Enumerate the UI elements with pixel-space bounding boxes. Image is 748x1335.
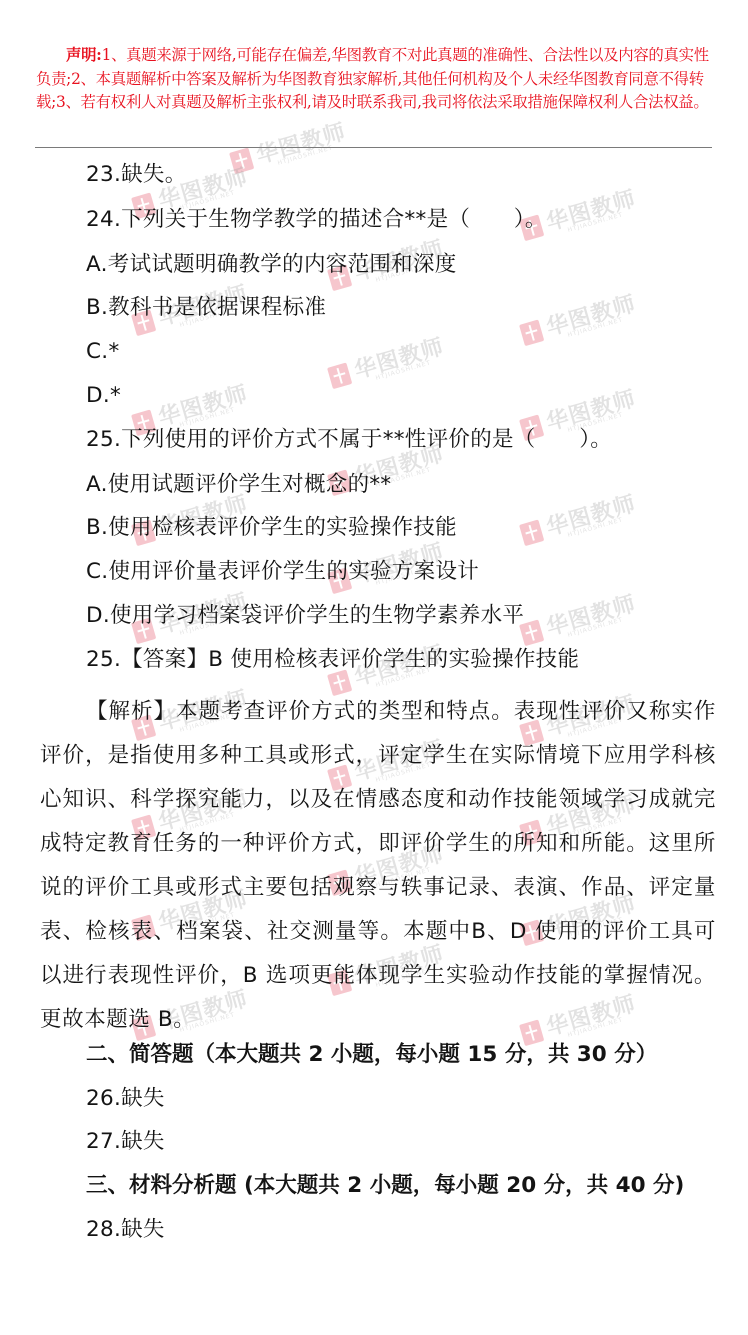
section-heading-material-analysis: 三、材料分析题 (本大题共 2 小题，每小题 20 分，共 40 分) — [86, 1171, 684, 1201]
question-26: 26.缺失 — [86, 1084, 165, 1114]
watermark: 华图教师HTJIAOSHI.NET — [517, 284, 643, 356]
header-divider — [35, 147, 712, 148]
question-23: 23.缺失。 — [86, 160, 187, 190]
section-heading-short-answer: 二、简答题（本大题共 2 小题，每小题 15 分，共 30 分） — [86, 1040, 657, 1070]
question-25-analysis: 【解析】本题考查评价方式的类型和特点。表现性评价又称实作评价，是指使用多种工具或… — [40, 690, 716, 1042]
question-24-option-d: D.* — [86, 381, 121, 411]
watermark: 华图教师HTJIAOSHI.NET — [227, 112, 353, 184]
question-25-option-d: D.使用学习档案袋评价学生的生物学素养水平 — [86, 601, 524, 631]
disclaimer: 声明:1、真题来源于网络,可能存在偏差,华图教育不对此真题的准确性、合法性以及内… — [36, 44, 712, 115]
question-24-option-a: A.考试试题明确教学的内容范围和深度 — [86, 250, 457, 280]
disclaimer-text: 1、真题来源于网络,可能存在偏差,华图教育不对此真题的准确性、合法性以及内容的真… — [36, 46, 709, 111]
question-24-option-c: C.* — [86, 337, 120, 367]
disclaimer-lead: 声明: — [66, 46, 102, 64]
exam-page: 华图教师HTJIAOSHI.NET 华图教师HTJIAOSHI.NET 华图教师… — [0, 0, 748, 1335]
question-28: 28.缺失 — [86, 1215, 165, 1245]
question-24-option-b: B.教科书是依据课程标准 — [86, 293, 326, 323]
question-25-option-c: C.使用评价量表评价学生的实验方案设计 — [86, 557, 479, 587]
watermark-logo-icon — [327, 362, 352, 389]
question-24-stem: 24.下列关于生物学教学的描述合**是（ ）。 — [86, 205, 547, 235]
question-25-stem: 25.下列使用的评价方式不属于**性评价的是（ ）。 — [86, 425, 612, 455]
watermark-logo-icon — [229, 147, 254, 174]
watermark: 华图教师HTJIAOSHI.NET — [325, 327, 451, 399]
watermark-logo-icon — [519, 519, 544, 546]
watermark-logo-icon — [519, 319, 544, 346]
question-25-option-a: A.使用试题评价学生对概念的** — [86, 470, 391, 500]
question-27: 27.缺失 — [86, 1127, 165, 1157]
question-25-answer: 25.【答案】B 使用检核表评价学生的实验操作技能 — [86, 645, 579, 675]
watermark: 华图教师HTJIAOSHI.NET — [517, 484, 643, 556]
question-25-option-b: B.使用检核表评价学生的实验操作技能 — [86, 513, 457, 543]
